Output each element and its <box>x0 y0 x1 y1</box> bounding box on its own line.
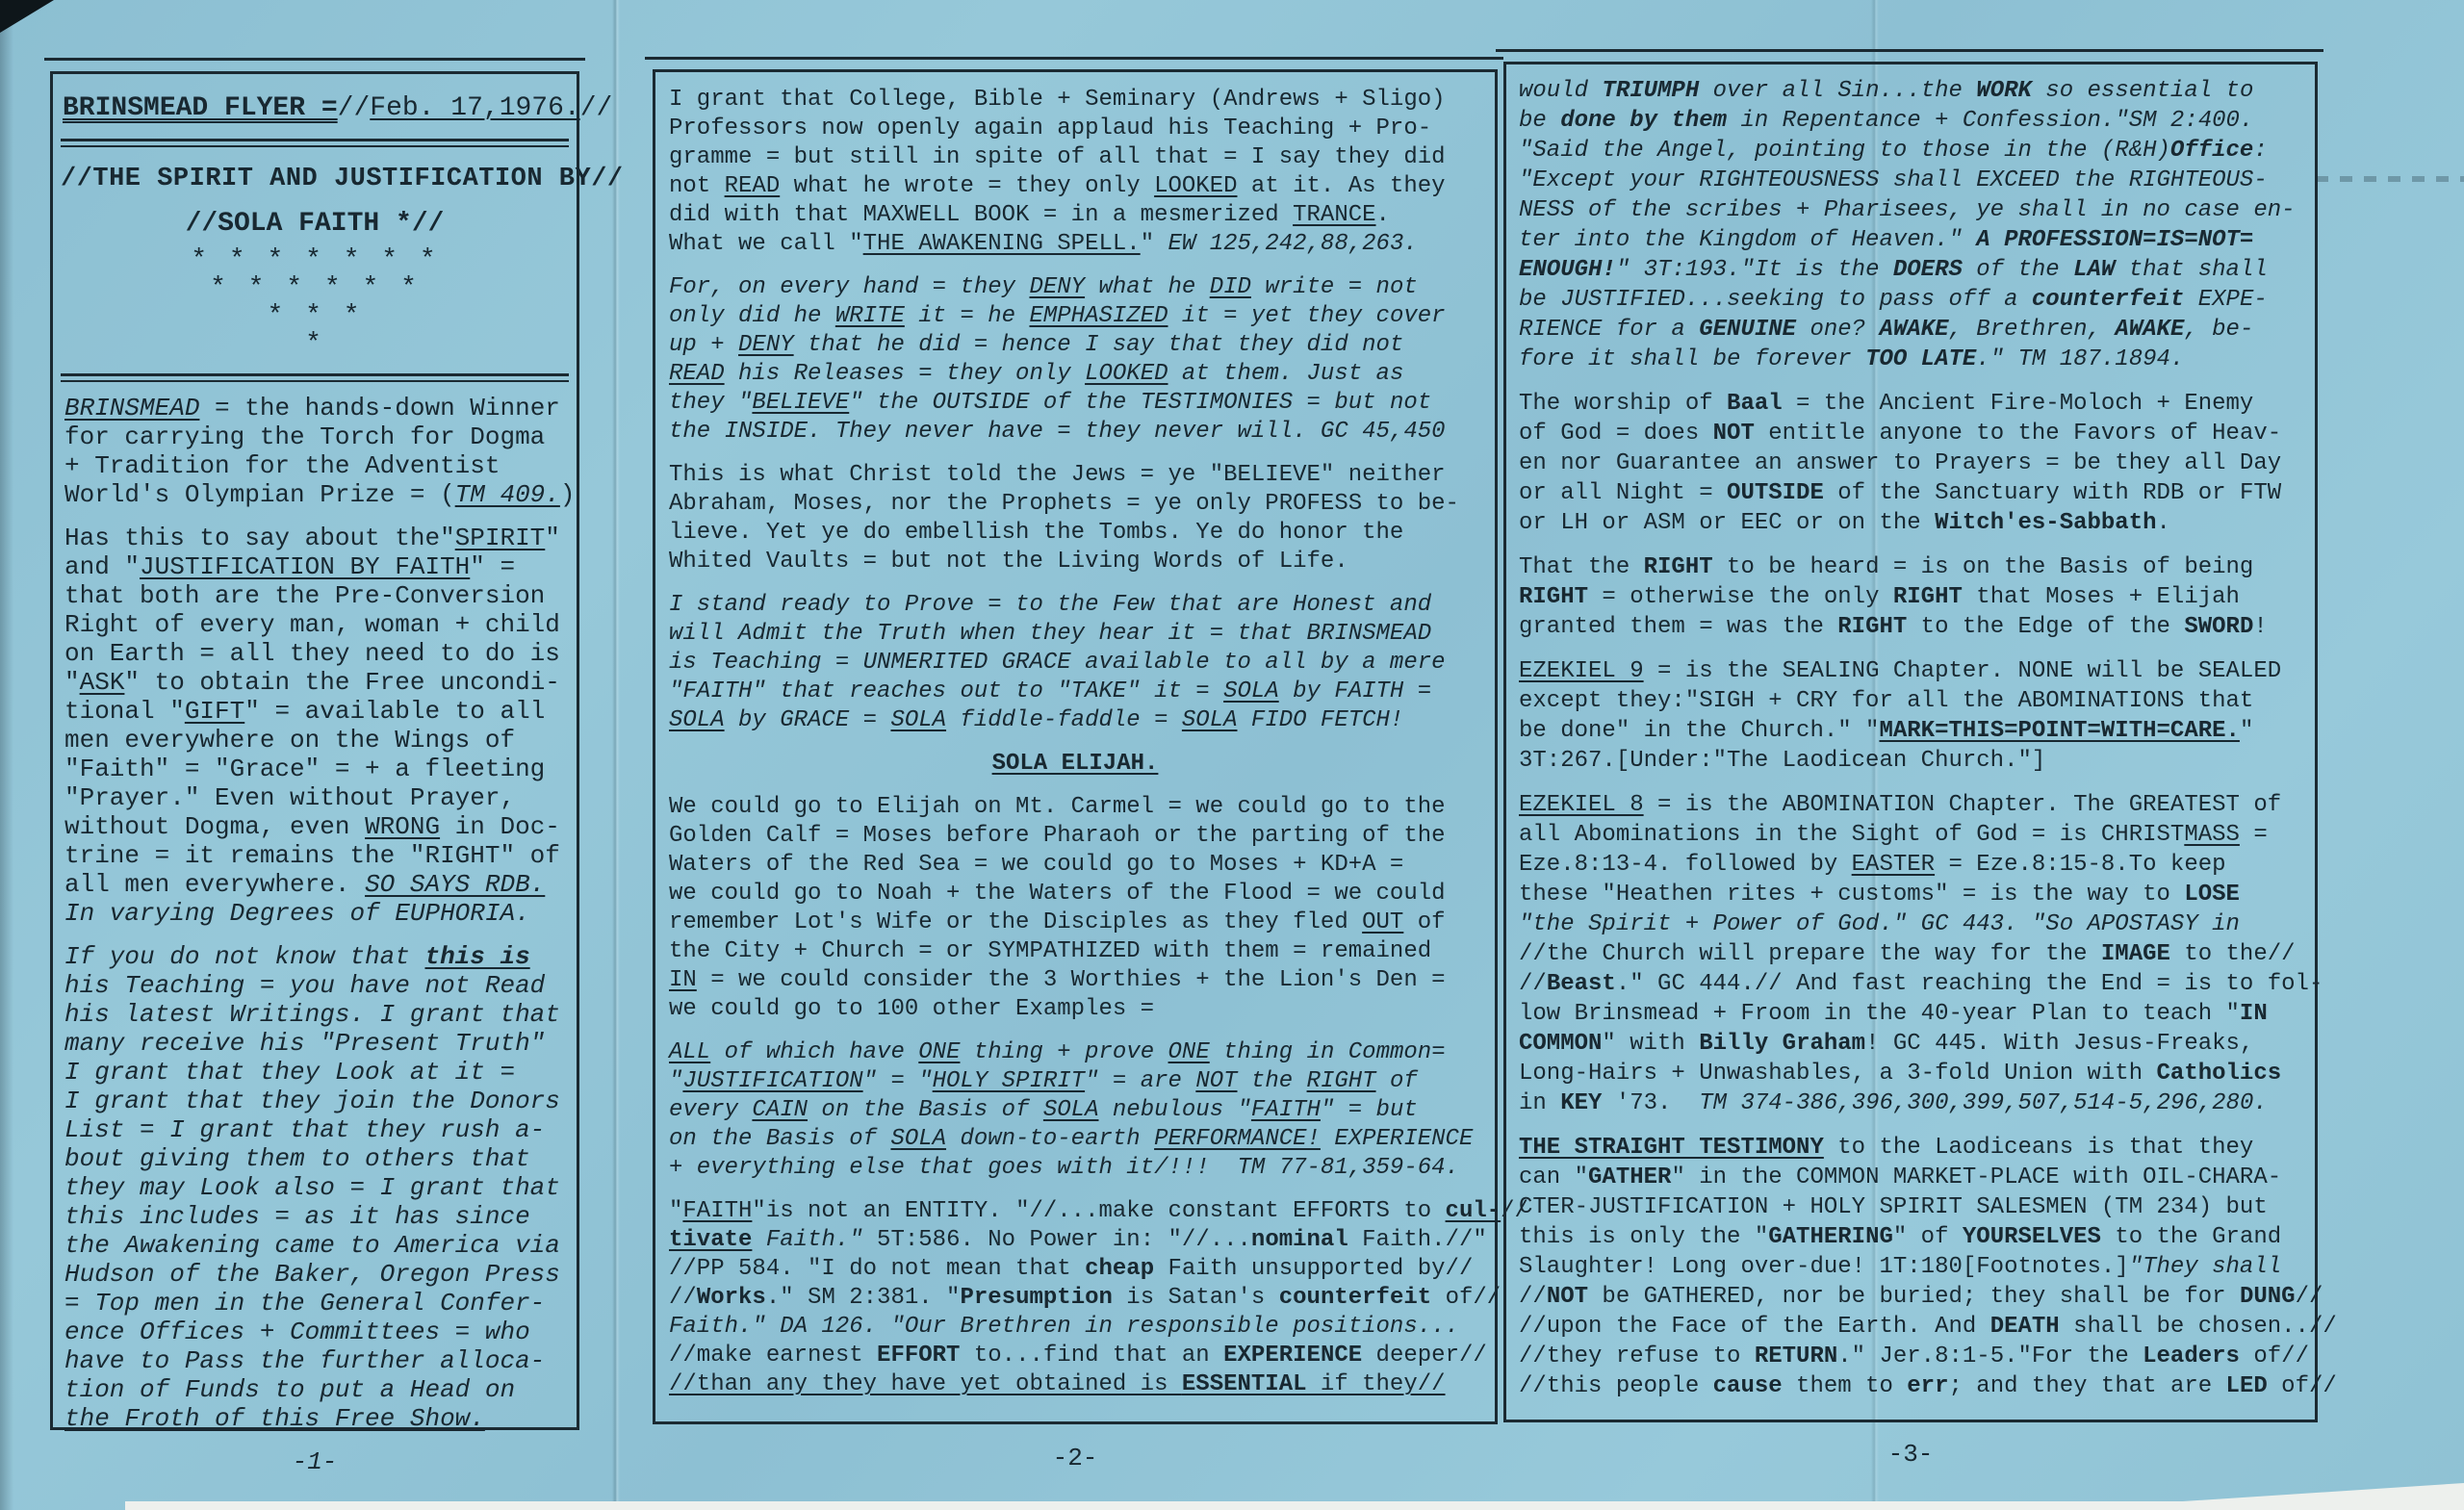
text-line: did with that MAXWELL BOOK = in a mesmer… <box>669 201 1481 230</box>
text-line: "Said the Angel, pointing to those in th… <box>1519 136 2302 166</box>
text-line: his Teaching = you have not Read <box>64 971 565 1000</box>
text-line: Faith." DA 126. "Our Brethren in respons… <box>669 1313 1481 1342</box>
text-line: //this people cause them to err; and the… <box>1519 1371 2302 1401</box>
text-line: all men everywhere. SO SAYS RDB. <box>64 870 565 899</box>
text-line: That the RIGHT to be heard = is on the B… <box>1519 552 2302 582</box>
text-line: ENOUGH!" 3T:193."It is the DOERS of the … <box>1519 255 2302 285</box>
scanned-flyer-page: BRINSMEAD FLYER = //Feb. 17,1976.// //TH… <box>0 0 2464 1510</box>
text-line: these "Heathen rites + customs" = is the… <box>1519 880 2302 909</box>
text-line: "Prayer." Even without Prayer, <box>64 783 565 812</box>
text-line: This is what Christ told the Jews = ye "… <box>669 461 1481 490</box>
text-line: In varying Degrees of EUPHORIA. <box>64 899 565 928</box>
text-line: //NOT be GATHERED, nor be buried; they s… <box>1519 1282 2302 1312</box>
text-line: //upon the Face of the Earth. And DEATH … <box>1519 1312 2302 1342</box>
text-line: Eze.8:13-4. followed by EASTER = Eze.8:1… <box>1519 850 2302 880</box>
text-line: only did he WRITE it = he EMPHASIZED it … <box>669 302 1481 331</box>
text-line: //make earnest EFFORT to...find that an … <box>669 1342 1481 1370</box>
text-line: CTER-JUSTIFICATION + HOLY SPIRIT SALESME… <box>1519 1192 2302 1222</box>
text-line: or all Night = OUTSIDE of the Sanctuary … <box>1519 478 2302 508</box>
text-line: will Admit the Truth when they hear it =… <box>669 620 1481 649</box>
text-line: on Earth = all they need to do is <box>64 639 565 668</box>
text-line: be JUSTIFIED...seeking to pass off a cou… <box>1519 285 2302 315</box>
text-line: for carrying the Torch for Dogma <box>64 422 565 451</box>
column-2-text: I grant that College, Bible + Seminary (… <box>655 72 1495 1399</box>
star-row: * * * * * * <box>53 274 577 302</box>
text-line: I grant that they join the Donors <box>64 1087 565 1115</box>
text-line: of God = does NOT entitle anyone to the … <box>1519 419 2302 448</box>
text-line: BRINSMEAD = the hands-down Winner <box>64 394 565 422</box>
star-pyramid: * * * * * * ** * * * * ** * ** <box>53 239 577 358</box>
text-line: "FAITH"is not an ENTITY. "//...make cons… <box>669 1197 1481 1226</box>
text-line: The worship of Baal = the Ancient Fire-M… <box>1519 389 2302 419</box>
top-rule <box>645 57 1503 60</box>
text-line: the Froth of this Free Show. <box>64 1404 565 1433</box>
text-line: //the Church will prepare the way for th… <box>1519 939 2302 969</box>
text-line: ter into the Kingdom of Heaven." A PROFE… <box>1519 225 2302 255</box>
text-line: many receive his "Present Truth" <box>64 1029 565 1058</box>
text-line: remember Lot's Wife or the Disciples as … <box>669 909 1481 937</box>
column-3-text: would TRIUMPH over all Sin...the WORK so… <box>1506 64 2315 1401</box>
text-line: Golden Calf = Moses before Pharaoh or th… <box>669 822 1481 851</box>
text-line: all Abominations in the Sight of God = i… <box>1519 820 2302 850</box>
text-line: THE STRAIGHT TESTIMONY to the Laodiceans… <box>1519 1133 2302 1163</box>
text-line: en nor Guarantee an answer to Prayers = … <box>1519 448 2302 478</box>
text-line: Waters of the Red Sea = we could go to M… <box>669 851 1481 880</box>
column-3-panel: would TRIUMPH over all Sin...the WORK so… <box>1503 62 2318 1422</box>
text-line: "ASK" to obtain the Free uncondi- <box>64 668 565 697</box>
text-line: his latest Writings. I grant that <box>64 1000 565 1029</box>
paragraph: I grant that College, Bible + Seminary (… <box>669 86 1481 259</box>
text-line: low Brinsmead + Froom in the 40-year Pla… <box>1519 999 2302 1029</box>
text-line: the INSIDE. They never have = they never… <box>669 418 1481 447</box>
text-line: I grant that College, Bible + Seminary (… <box>669 86 1481 115</box>
text-line: + Tradition for the Adventist <box>64 451 565 480</box>
flyer-title-row: BRINSMEAD FLYER = //Feb. 17,1976.// <box>53 74 577 131</box>
text-line: bout giving them to others that <box>64 1144 565 1173</box>
flyer-date: //Feb. 17,1976.// <box>338 93 613 123</box>
text-line: //they refuse to RETURN." Jer.8:1-5."For… <box>1519 1342 2302 1371</box>
text-line: lieve. Yet ye do embellish the Tombs. Ye… <box>669 519 1481 548</box>
text-line: "JUSTIFICATION" = "HOLY SPIRIT" = are NO… <box>669 1067 1481 1096</box>
text-line: EZEKIEL 8 = is the ABOMINATION Chapter. … <box>1519 790 2302 820</box>
scan-corner-artifact <box>0 0 54 33</box>
text-line: = Top men in the General Confer- <box>64 1289 565 1318</box>
text-line: "FAITH" that reaches out to "TAKE" it = … <box>669 678 1481 706</box>
text-line: + everything else that goes with it/!!! … <box>669 1154 1481 1183</box>
paragraph: BRINSMEAD = the hands-down Winnerfor car… <box>64 394 565 509</box>
paragraph: Has this to say about the"SPIRIT"and "JU… <box>64 524 565 928</box>
text-line: granted them = was the RIGHT to the Edge… <box>1519 612 2302 642</box>
text-line: and "JUSTIFICATION BY FAITH" = <box>64 552 565 581</box>
text-line: RIENCE for a GENUINE one? AWAKE, Brethre… <box>1519 315 2302 345</box>
text-line: or LH or ASM or EEC or on the Witch'es-S… <box>1519 508 2302 538</box>
text-line: tivate Faith." 5T:586. No Power in: "//.… <box>669 1226 1481 1255</box>
text-line: SOLA by GRACE = SOLA fiddle-faddle = SOL… <box>669 706 1481 735</box>
text-line: Professors now openly again applaud his … <box>669 115 1481 143</box>
text-line: COMMON" with Billy Graham! GC 445. With … <box>1519 1029 2302 1059</box>
text-line: For, on every hand = they DENY what he D… <box>669 273 1481 302</box>
text-line: the Awakening came to America via <box>64 1231 565 1260</box>
text-line: we could go to 100 other Examples = <box>669 995 1481 1024</box>
text-line: //PP 584. "I do not mean that cheap Fait… <box>669 1255 1481 1284</box>
paragraph: We could go to Elijah on Mt. Carmel = we… <box>669 793 1481 1024</box>
divider-rule <box>61 373 569 382</box>
page-number-3: -3- <box>1503 1440 2318 1469</box>
text-line: be done by them in Repentance + Confessi… <box>1519 106 2302 136</box>
paragraph: This is what Christ told the Jews = ye "… <box>669 461 1481 576</box>
text-line: fore it shall be forever TOO LATE." TM 1… <box>1519 345 2302 374</box>
text-line: //than any they have yet obtained is ESS… <box>669 1370 1481 1399</box>
column-1-panel: BRINSMEAD FLYER = //Feb. 17,1976.// //TH… <box>50 71 579 1430</box>
text-line: gramme = but still in spite of all that … <box>669 143 1481 172</box>
text-line: IN = we could consider the 3 Worthies + … <box>669 966 1481 995</box>
text-line: can "GATHER" in the COMMON MARKET-PLACE … <box>1519 1163 2302 1192</box>
paragraph: ALL of which have ONE thing + prove ONE … <box>669 1038 1481 1183</box>
text-line: except they:"SIGH + CRY for all the ABOM… <box>1519 686 2302 716</box>
flyer-subtitle-sola-faith: //SOLA FAITH *// <box>53 193 577 239</box>
star-row: * * * * * * * <box>53 246 577 274</box>
paragraph: EZEKIEL 9 = is the SEALING Chapter. NONE… <box>1519 656 2302 776</box>
text-line: NESS of the scribes + Pharisees, ye shal… <box>1519 195 2302 225</box>
text-line: 3T:267.[Under:"The Laodicean Church."] <box>1519 746 2302 776</box>
text-line: Hudson of the Baker, Oregon Press <box>64 1260 565 1289</box>
text-line: What we call "THE AWAKENING SPELL." EW 1… <box>669 230 1481 259</box>
text-line: SOLA ELIJAH. <box>669 750 1481 779</box>
masthead: BRINSMEAD FLYER = //Feb. 17,1976.// //TH… <box>53 74 577 382</box>
text-line: "the Spirit + Power of God." GC 443. "So… <box>1519 909 2302 939</box>
text-line: EZEKIEL 9 = is the SEALING Chapter. NONE… <box>1519 656 2302 686</box>
star-row: * <box>53 330 577 358</box>
top-rule <box>44 58 585 61</box>
paragraph: would TRIUMPH over all Sin...the WORK so… <box>1519 76 2302 374</box>
top-rule <box>1496 49 2323 52</box>
text-line: Slaughter! Long over-due! 1T:180[Footnot… <box>1519 1252 2302 1282</box>
paragraph: EZEKIEL 8 = is the ABOMINATION Chapter. … <box>1519 790 2302 1118</box>
text-line: I grant that they Look at it = <box>64 1058 565 1087</box>
scan-edge-corner <box>2050 1483 2464 1510</box>
text-line: List = I grant that they rush a- <box>64 1115 565 1144</box>
text-line: //Works." SM 2:381. "Presumption is Sata… <box>669 1284 1481 1313</box>
text-line: is Teaching = UNMERITED GRACE available … <box>669 649 1481 678</box>
page-number-1: -1- <box>50 1447 579 1476</box>
text-line: We could go to Elijah on Mt. Carmel = we… <box>669 793 1481 822</box>
text-line: Long-Hairs + Unwashables, a 3-fold Union… <box>1519 1059 2302 1088</box>
scan-smudge <box>2316 176 2464 182</box>
text-line: Right of every man, woman + child <box>64 610 565 639</box>
column-2-panel: I grant that College, Bible + Seminary (… <box>653 69 1498 1424</box>
text-line: trine = it remains the "RIGHT" of <box>64 841 565 870</box>
text-line: they "BELIEVE" the OUTSIDE of the TESTIM… <box>669 389 1481 418</box>
paper-edge-shadow <box>0 0 13 1510</box>
paragraph: SOLA ELIJAH. <box>669 750 1481 779</box>
column-1-text: BRINSMEAD = the hands-down Winnerfor car… <box>53 382 577 1433</box>
paragraph: THE STRAIGHT TESTIMONY to the Laodiceans… <box>1519 1133 2302 1401</box>
text-line: on the Basis of SOLA down-to-earth PERFO… <box>669 1125 1481 1154</box>
text-line: //Beast." GC 444.// And fast reaching th… <box>1519 969 2302 999</box>
text-line: have to Pass the further alloca- <box>64 1346 565 1375</box>
text-line: Has this to say about the"SPIRIT" <box>64 524 565 552</box>
text-line: men everywhere on the Wings of <box>64 726 565 755</box>
fold-crease <box>612 0 620 1510</box>
text-line: would TRIUMPH over all Sin...the WORK so… <box>1519 76 2302 106</box>
text-line: without Dogma, even WRONG in Doc- <box>64 812 565 841</box>
page-number-2: -2- <box>653 1444 1498 1472</box>
text-line: every CAIN on the Basis of SOLA nebulous… <box>669 1096 1481 1125</box>
text-line: this is only the "GATHERING" of YOURSELV… <box>1519 1222 2302 1252</box>
text-line: RIGHT = otherwise the only RIGHT that Mo… <box>1519 582 2302 612</box>
text-line: "Faith" = "Grace" = + a fleeting <box>64 755 565 783</box>
text-line: If you do not know that this is <box>64 942 565 971</box>
text-line: be done" in the Church." "MARK=THIS=POIN… <box>1519 716 2302 746</box>
text-line: I stand ready to Prove = to the Few that… <box>669 591 1481 620</box>
flyer-title: BRINSMEAD FLYER = <box>63 93 338 123</box>
divider-rule <box>61 139 569 147</box>
text-line: in KEY '73. TM 374-386,396,300,399,507,5… <box>1519 1088 2302 1118</box>
text-line: tion of Funds to put a Head on <box>64 1375 565 1404</box>
flyer-subtitle: //THE SPIRIT AND JUSTIFICATION BY// <box>53 147 577 193</box>
paragraph: If you do not know that this ishis Teach… <box>64 942 565 1433</box>
text-line: tional "GIFT" = available to all <box>64 697 565 726</box>
text-line: READ his Releases = they only LOOKED at … <box>669 360 1481 389</box>
paragraph: The worship of Baal = the Ancient Fire-M… <box>1519 389 2302 538</box>
text-line: ence Offices + Committees = who <box>64 1318 565 1346</box>
text-line: this includes = as it has since <box>64 1202 565 1231</box>
text-line: World's Olympian Prize = (TM 409.) <box>64 480 565 509</box>
paragraph: For, on every hand = they DENY what he D… <box>669 273 1481 447</box>
text-line: we could go to Noah + the Waters of the … <box>669 880 1481 909</box>
text-line: that both are the Pre-Conversion <box>64 581 565 610</box>
text-line: they may Look also = I grant that <box>64 1173 565 1202</box>
text-line: up + DENY that he did = hence I say that… <box>669 331 1481 360</box>
paragraph: I stand ready to Prove = to the Few that… <box>669 591 1481 735</box>
star-row: * * * <box>53 302 577 330</box>
text-line: Whited Vaults = but not the Living Words… <box>669 548 1481 576</box>
text-line: not READ what he wrote = they only LOOKE… <box>669 172 1481 201</box>
text-line: ALL of which have ONE thing + prove ONE … <box>669 1038 1481 1067</box>
paragraph: That the RIGHT to be heard = is on the B… <box>1519 552 2302 642</box>
text-line: Abraham, Moses, nor the Prophets = ye on… <box>669 490 1481 519</box>
text-line: the City + Church = or SYMPATHIZED with … <box>669 937 1481 966</box>
text-line: "Except your RIGHTEOUSNESS shall EXCEED … <box>1519 166 2302 195</box>
paragraph: "FAITH"is not an ENTITY. "//...make cons… <box>669 1197 1481 1399</box>
